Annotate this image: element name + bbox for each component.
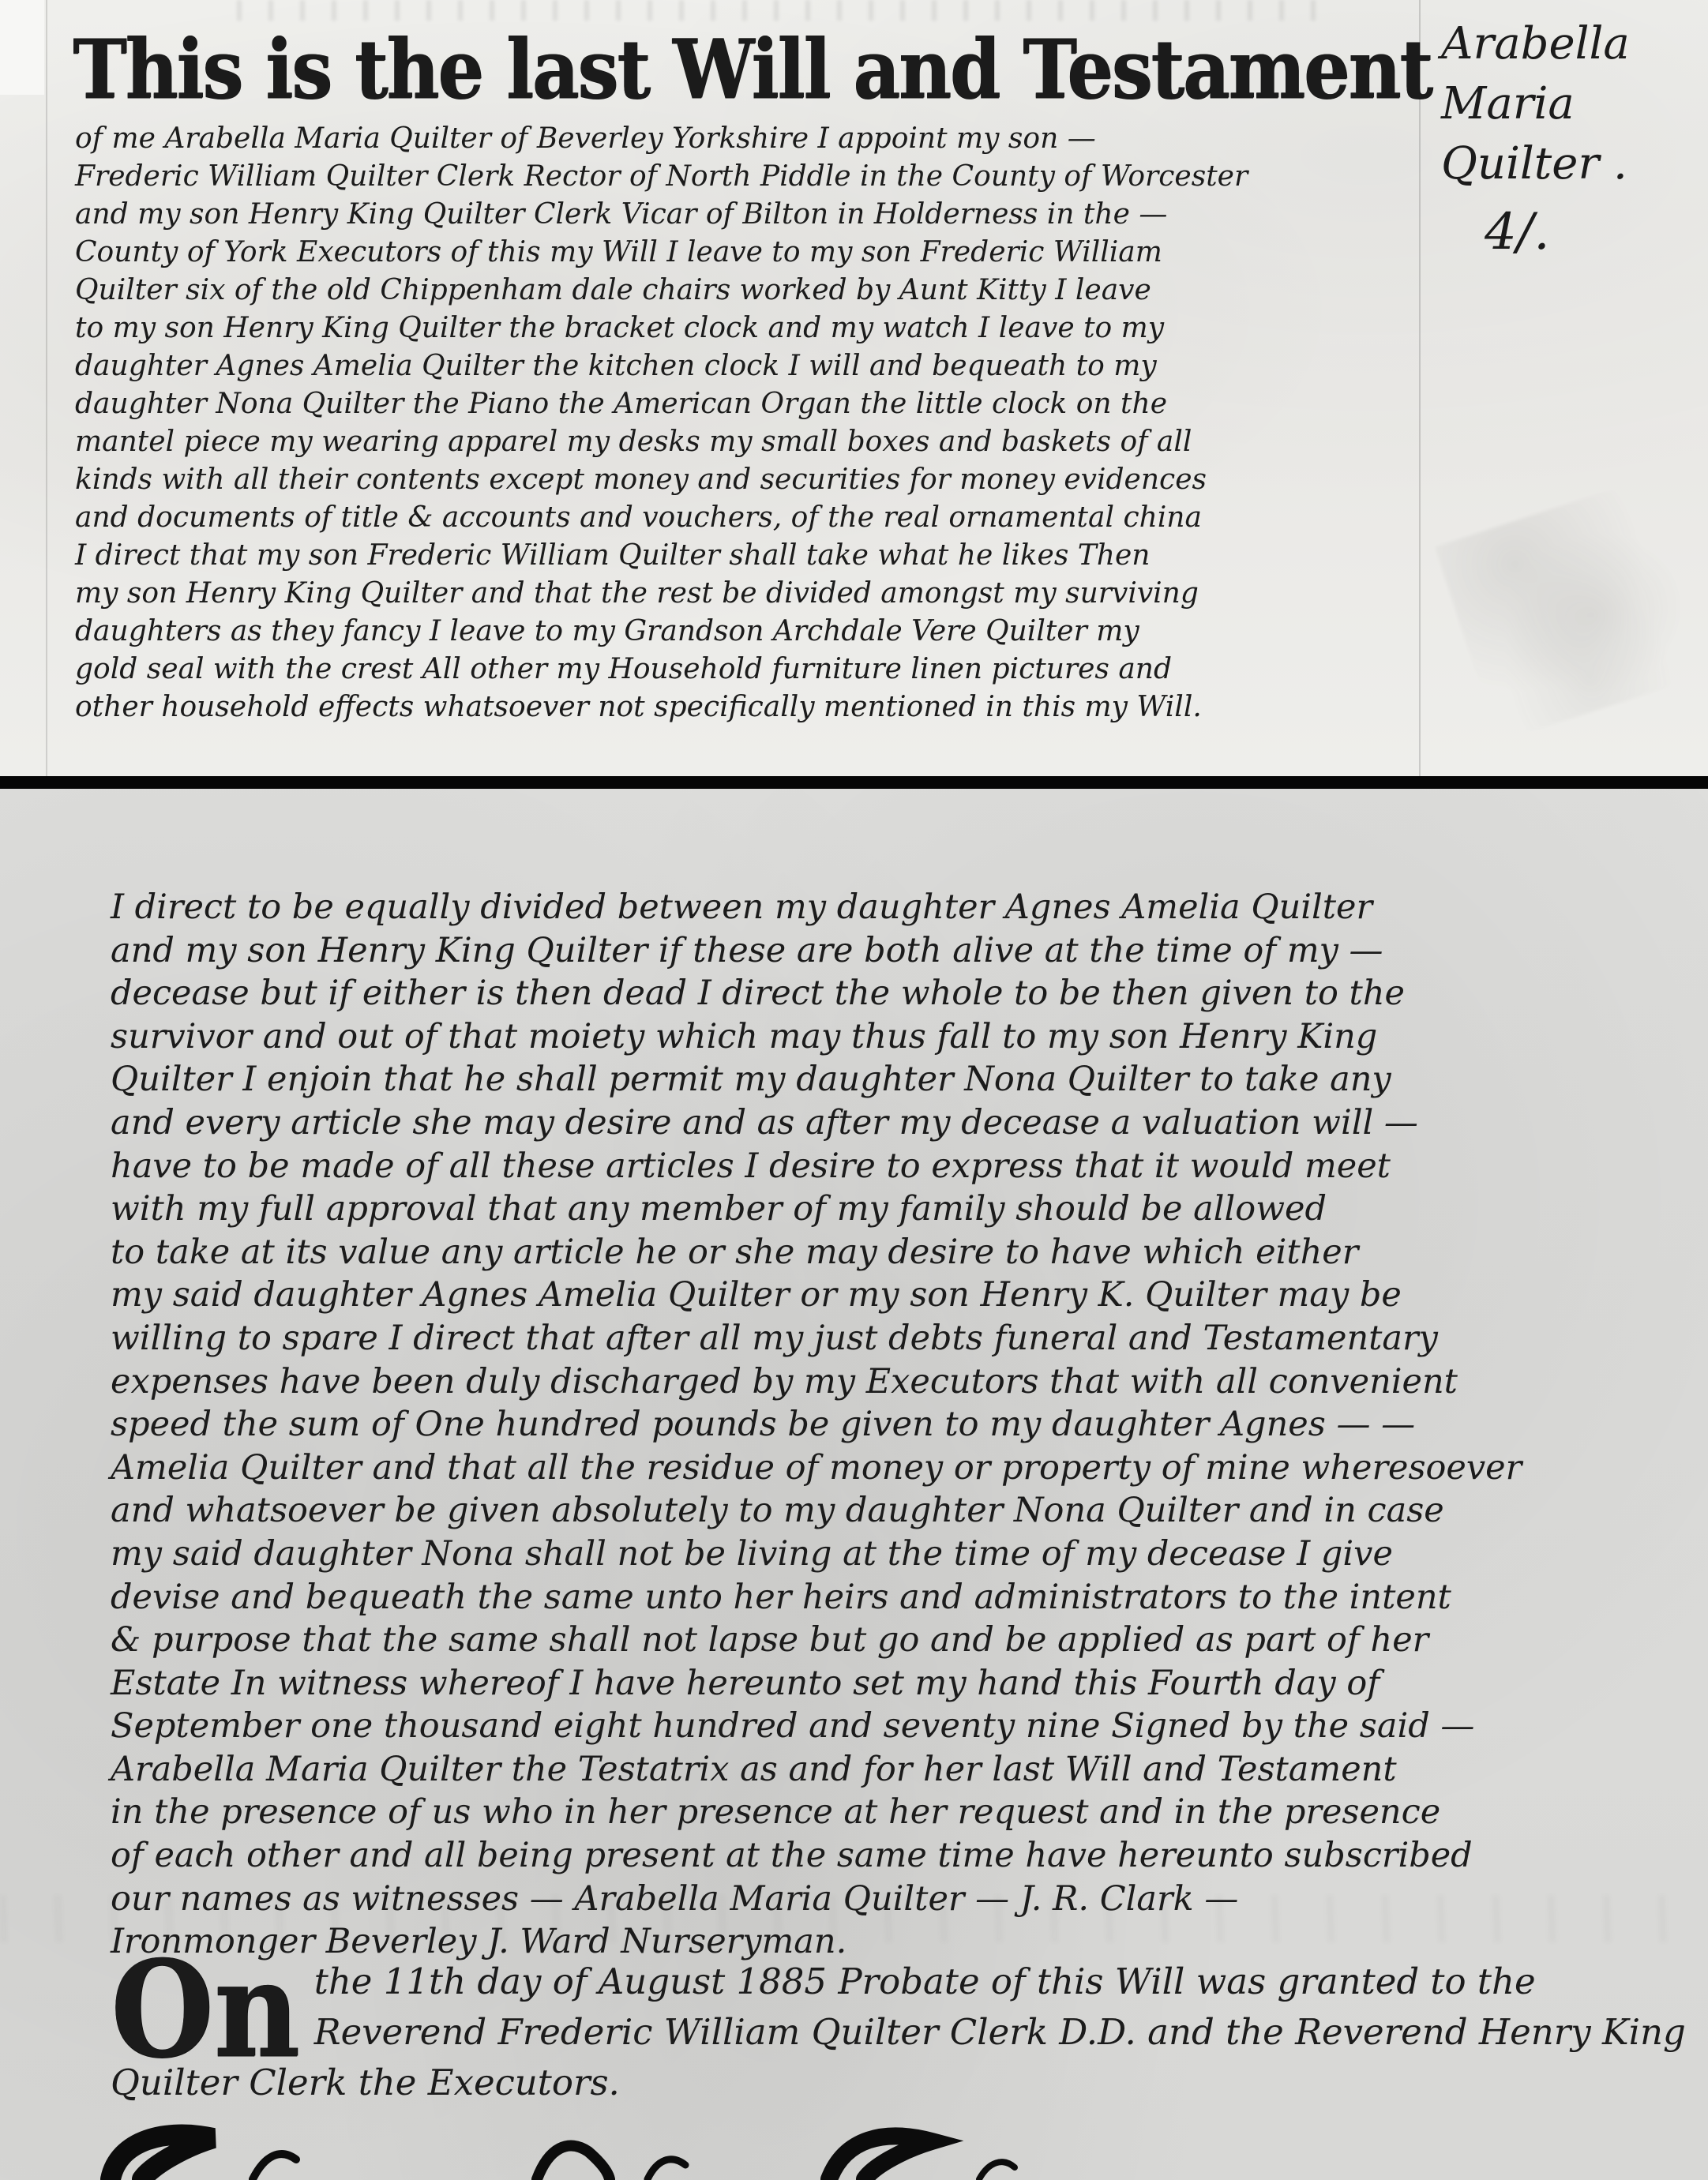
text-line: Arabella Maria Quilter the Testatrix as … [111,1748,1698,1792]
text-line: of each other and all being present at t… [111,1834,1698,1878]
text-line: of me Arabella Maria Quilter of Beverley… [75,120,1417,158]
text-line: and whatsoever be given absolutely to my… [111,1489,1698,1533]
will-body-second-excerpt: I direct to be equally divided between m… [111,886,1698,1964]
text-line: willing to spare I direct that after all… [111,1317,1698,1360]
text-line: the 11th day of August 1885 Probate of t… [111,1957,1690,2007]
text-line: with my full approval that any member of… [111,1188,1698,1231]
text-line: kinds with all their contents except mon… [75,461,1417,499]
text-line: Quilter I enjoin that he shall permit my… [111,1058,1698,1101]
text-line: other household effects whatsoever not s… [75,689,1417,726]
probate-dropcap-initial: On [111,1957,314,2062]
text-line: Amelia Quilter and that all the residue … [111,1446,1698,1490]
text-line: our names as witnesses — Arabella Maria … [111,1878,1698,1921]
text-line: daughters as they fancy I leave to my Gr… [75,613,1417,651]
text-line: Quilter Clerk the Executors. [111,2058,1690,2108]
text-line: my said daughter Nona shall not be livin… [111,1533,1698,1576]
text-line: and my son Henry King Quilter if these a… [111,929,1698,973]
text-line: have to be made of all these articles I … [111,1145,1698,1188]
text-line: Quilter six of the old Chippenham dale c… [75,272,1417,310]
text-line: daughter Nona Quilter the Piano the Amer… [75,385,1417,423]
will-body-first-excerpt: of me Arabella Maria Quilter of Beverley… [75,120,1417,726]
text-line: my said daughter Agnes Amelia Quilter or… [111,1274,1698,1317]
text-line: and documents of title & accounts and vo… [75,499,1417,537]
text-line: expenses have been duly discharged by my… [111,1360,1698,1404]
text-line: Maria [1441,74,1702,134]
text-line: daughter Agnes Amelia Quilter the kitche… [75,347,1417,385]
text-line: September one thousand eight hundred and… [111,1705,1698,1748]
text-line: Estate In witness whereof I have hereunt… [111,1662,1698,1705]
text-line: speed the sum of One hundred pounds be g… [111,1403,1698,1446]
text-line: and every article she may desire and as … [111,1101,1698,1145]
paper-left-edge-line [46,0,47,776]
text-line: & purpose that the same shall not lapse … [111,1619,1698,1662]
text-line: gold seal with the crest All other my Ho… [75,651,1417,689]
text-line: to my son Henry King Quilter the bracket… [75,310,1417,347]
text-line: Quilter . [1441,134,1702,194]
text-line: my son Henry King Quilter and that the r… [75,575,1417,613]
text-line: 4/. [1441,194,1702,262]
text-line: I direct that my son Frederic William Qu… [75,537,1417,575]
text-line: devise and bequeath the same unto her he… [111,1576,1698,1619]
text-line: mantel piece my wearing apparel my desks… [75,423,1417,461]
paper-corner [0,0,44,95]
text-line: in the presence of us who in her presenc… [111,1791,1698,1834]
page-divider-bar [0,776,1708,789]
probate-grant-paragraph: On the 11th day of August 1885 Probate o… [111,1957,1690,2108]
text-line: survivor and out of that moiety which ma… [111,1015,1698,1059]
text-line: County of York Executors of this my Will… [75,234,1417,272]
text-line: Frederic William Quilter Clerk Rector of… [75,158,1417,196]
probate-grant-lines: the 11th day of August 1885 Probate of t… [111,1957,1690,2108]
will-title-blackletter: This is the last Will and Testament [73,13,1419,128]
text-line: and my son Henry King Quilter Clerk Vica… [75,196,1417,234]
text-line: I direct to be equally divided between m… [111,886,1698,929]
text-line: Arabella [1441,14,1702,74]
text-line: decease but if either is then dead I dir… [111,972,1698,1015]
margin-testator-name: ArabellaMariaQuilter .4/. [1441,14,1702,262]
next-entry-partial-heading [95,2124,1200,2180]
text-line: Reverend Frederic William Quilter Clerk … [111,2007,1690,2058]
text-line: to take at its value any article he or s… [111,1231,1698,1274]
will-document-scan: This is the last Will and Testament Arab… [0,0,1708,2180]
